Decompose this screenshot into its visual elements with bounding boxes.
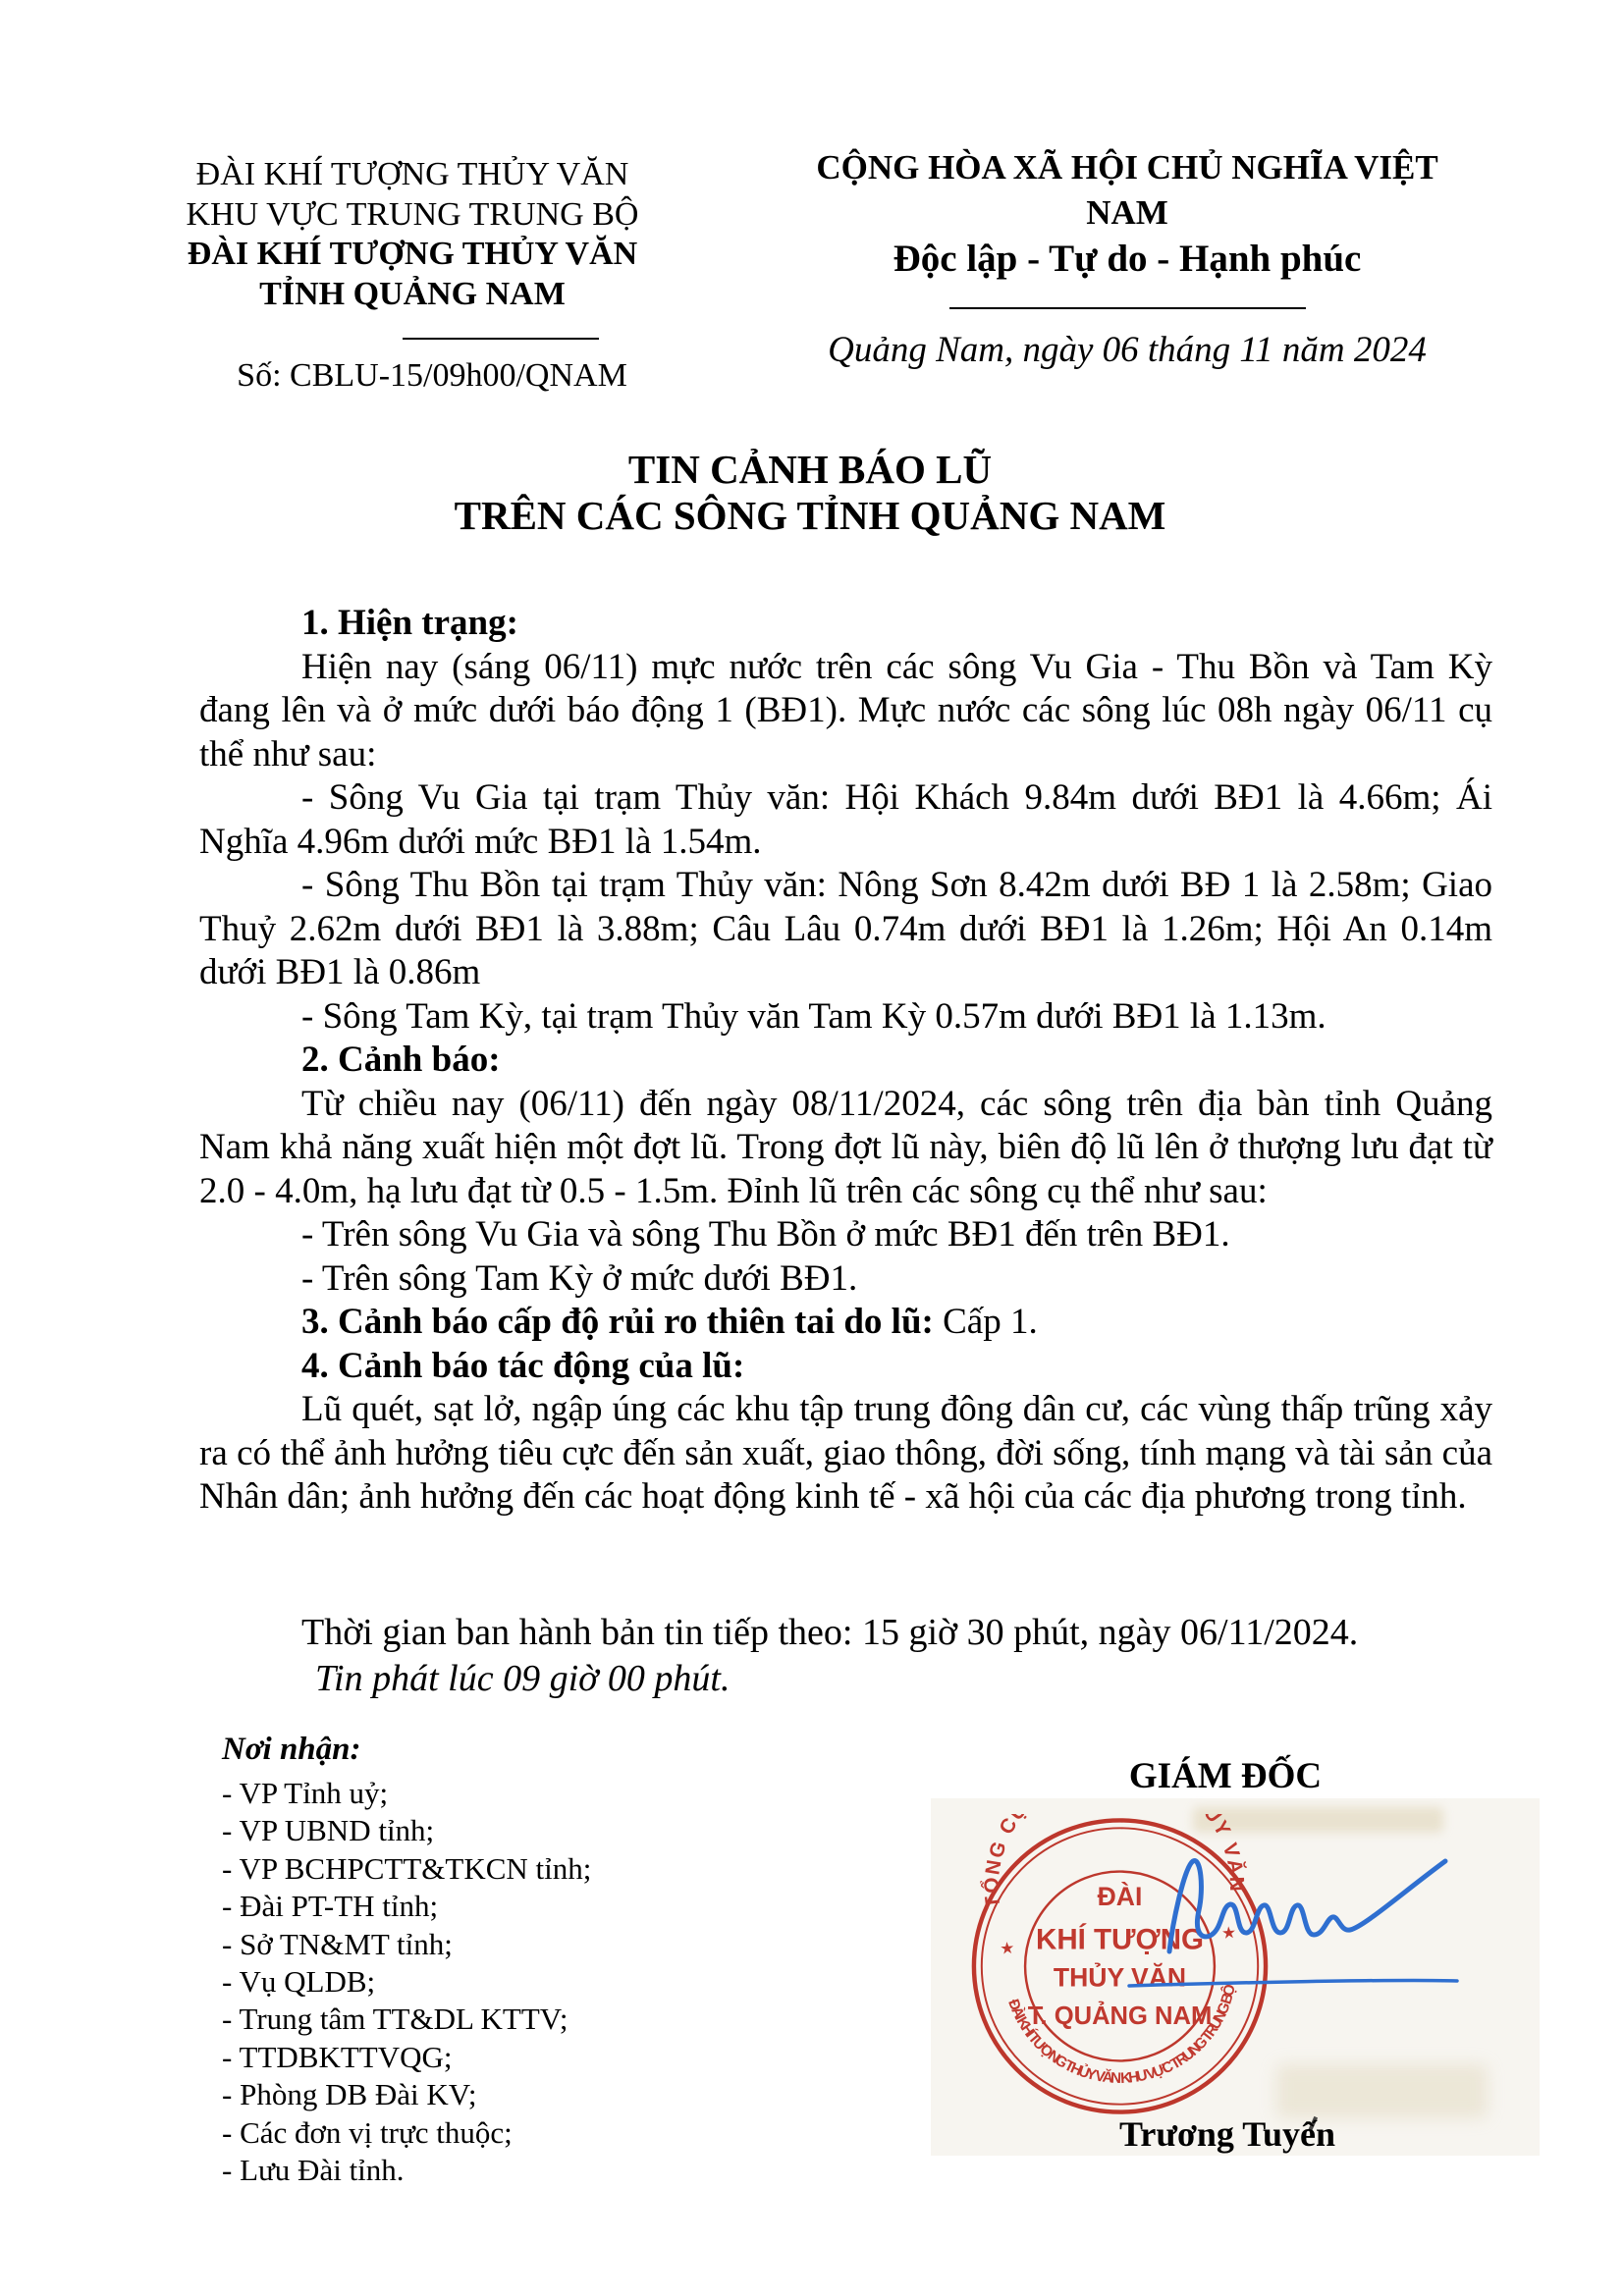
title-line-2: TRÊN CÁC SÔNG TỈNH QUẢNG NAM — [0, 493, 1620, 539]
paragraph: - Sông Vu Gia tại trạm Thủy văn: Hội Khá… — [199, 776, 1492, 864]
motto-divider — [949, 307, 1306, 309]
agency-line-4: TỈNH QUẢNG NAM — [108, 275, 717, 315]
handwritten-signature — [1115, 1842, 1469, 1999]
recipient-item: - Vụ QLDB; — [222, 1963, 772, 2001]
recipient-item: - VP UBND tỉnh; — [222, 1812, 772, 1849]
paragraph: - Trên sông Vu Gia và sông Thu Bồn ở mức… — [199, 1213, 1492, 1257]
document-page: ĐÀI KHÍ TƯỢNG THỦY VĂN KHU VỰC TRUNG TRU… — [0, 0, 1624, 2296]
issue-info: Thời gian ban hành bản tin tiếp theo: 15… — [199, 1610, 1492, 1702]
document-body: 1. Hiện trạng: Hiện nay (sáng 06/11) mực… — [199, 602, 1492, 1520]
bleed-through-smudge — [1276, 2064, 1488, 2118]
recipient-item: - Lưu Đài tỉnh. — [222, 2152, 772, 2189]
document-number: Số: CBLU-15/09h00/QNAM — [108, 355, 717, 397]
section-3-heading: 3. Cảnh báo cấp độ rủi ro thiên tai do l… — [199, 1301, 1492, 1345]
recipient-item: - VP Tỉnh uỷ; — [222, 1775, 772, 1812]
signer-position-title: GIÁM ĐỐC — [1029, 1756, 1422, 1797]
paragraph: Từ chiều nay (06/11) đến ngày 08/11/2024… — [199, 1083, 1492, 1214]
paragraph: - Sông Thu Bồn tại trạm Thủy văn: Nông S… — [199, 864, 1492, 995]
recipient-item: - Trung tâm TT&DL KTTV; — [222, 2001, 772, 2038]
recipients-list: - VP Tỉnh uỷ; - VP UBND tỉnh; - VP BCHPC… — [222, 1775, 772, 2189]
stamp-center-line-4: T. QUẢNG NAM — [1028, 2001, 1213, 2030]
agency-line-2: KHU VỰC TRUNG TRUNG BỘ — [108, 195, 717, 236]
agency-divider — [403, 338, 599, 340]
section-3-label: 3. Cảnh báo cấp độ rủi ro thiên tai do l… — [301, 1302, 934, 1342]
recipient-item: - VP BCHPCTT&TKCN tỉnh; — [222, 1850, 772, 1888]
recipient-item: - Phòng DB Đài KV; — [222, 2076, 772, 2113]
section-1-heading: 1. Hiện trạng: — [199, 602, 1492, 646]
section-3-value: Cấp 1. — [934, 1302, 1038, 1342]
recipient-item: - Các đơn vị trực thuộc; — [222, 2114, 772, 2152]
recipient-item: - Sở TN&MT tỉnh; — [222, 1926, 772, 1963]
recipient-item: - TTDBKTTVQG; — [222, 2039, 772, 2076]
document-title: TIN CẢNH BÁO LŨ TRÊN CÁC SÔNG TỈNH QUẢNG… — [0, 447, 1620, 539]
national-motto: Độc lập - Tự do - Hạnh phúc — [795, 236, 1459, 283]
next-bulletin-line: Thời gian ban hành bản tin tiếp theo: 15… — [199, 1610, 1492, 1656]
country-name: CỘNG HÒA XÃ HỘI CHỦ NGHĨA VIỆT NAM — [795, 145, 1459, 236]
agency-line-1: ĐÀI KHÍ TƯỢNG THỦY VĂN — [108, 155, 717, 195]
section-4-heading: 4. Cảnh báo tác động của lũ: — [199, 1345, 1492, 1389]
issuing-agency-block: ĐÀI KHÍ TƯỢNG THỦY VĂN KHU VỰC TRUNG TRU… — [108, 155, 717, 397]
recipient-item: - Đài PT-TH tỉnh; — [222, 1888, 772, 1925]
stamp-star-left-icon: ★ — [1000, 1939, 1015, 1958]
agency-line-3: ĐÀI KHÍ TƯỢNG THỦY VĂN — [108, 235, 717, 275]
signer-name: Trương Tuyến — [1031, 2112, 1424, 2156]
recipients-block: Nơi nhận: - VP Tỉnh uỷ; - VP UBND tỉnh; … — [222, 1730, 772, 2189]
signature-stroke — [1169, 1860, 1445, 1951]
title-line-1: TIN CẢNH BÁO LŨ — [0, 447, 1620, 493]
paragraph: Hiện nay (sáng 06/11) mực nước trên các … — [199, 646, 1492, 777]
national-motto-block: CỘNG HÒA XÃ HỘI CHỦ NGHĨA VIỆT NAM Độc l… — [795, 145, 1459, 373]
issued-at-line: Tin phát lúc 09 giờ 00 phút. — [199, 1656, 1492, 1702]
recipients-heading: Nơi nhận: — [222, 1730, 772, 1769]
place-date-line: Quảng Nam, ngày 06 tháng 11 năm 2024 — [795, 328, 1459, 373]
signature-underline — [1129, 1980, 1457, 1986]
paragraph: - Sông Tam Kỳ, tại trạm Thủy văn Tam Kỳ … — [199, 995, 1492, 1040]
section-2-heading: 2. Cảnh báo: — [199, 1039, 1492, 1083]
paragraph: Lũ quét, sạt lở, ngập úng các khu tập tr… — [199, 1388, 1492, 1520]
paragraph: - Trên sông Tam Kỳ ở mức dưới BĐ1. — [199, 1257, 1492, 1302]
